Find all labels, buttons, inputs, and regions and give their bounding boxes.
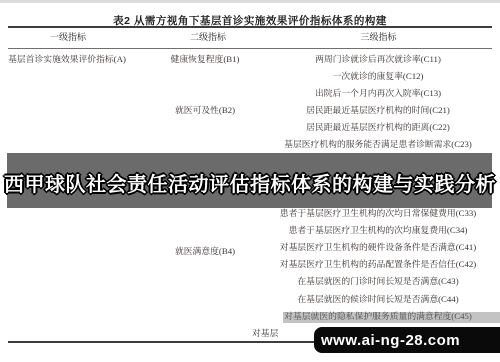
level3-row: 患者于基层医疗卫生机构的次均日常保健费用(C33) — [252, 208, 500, 218]
level3-row: 对基层医疗卫生机构的药品配置条件是否信任(C42) — [252, 259, 500, 269]
level3-row: 一次就诊的康复率(C12) — [252, 71, 500, 81]
overlay-headline: 西甲球队社会责任活动评估指标体系的构建与实践分析 — [0, 168, 500, 197]
level3-row: 在基层就医的候诊时间长短是否满意(C44) — [252, 294, 500, 304]
level3-row: 对基层医疗卫生机构的硬件设备条件是否满意(C41) — [252, 242, 500, 252]
level3-row: 居民距最近基层医疗机构的距离(C22) — [252, 122, 500, 132]
table-header-rule — [8, 48, 492, 49]
level2-row: 就医满意度(B4) — [150, 246, 260, 256]
level2-row: 就医可及性(B2) — [150, 105, 260, 115]
watermark-text: www.ai-ng-28.com — [314, 332, 460, 349]
level3-row: 在基层就医的门诊时间长短是否满意(C43) — [252, 276, 500, 286]
article-image: 表2 从需方视角下基层首诊实施效果评价指标体系的构建 一级指标 二级指标 三级指… — [0, 0, 500, 362]
level3-row: 患者于基层医疗卫生机构的次均康复费用(C34) — [252, 225, 500, 235]
watermark-badge: www.ai-ng-28.com — [314, 327, 500, 353]
column-header-level3: 三级指标 — [252, 32, 500, 43]
level2-row: 健康恢复程度(B1) — [150, 54, 260, 64]
level3-row: 基层医疗机构的服务能否满足患者诊断需求(C23) — [252, 139, 500, 149]
column-header-level2: 二级指标 — [150, 32, 266, 43]
top-edge-artifact — [0, 0, 500, 3]
watermark-smudge — [283, 312, 500, 323]
column-header-level1: 一级指标 — [8, 32, 128, 43]
level3-row: 两周门诊就诊后再次就诊率(C11) — [252, 54, 500, 64]
level3-row: 居民距最近基层医疗机构的时间(C21) — [252, 105, 500, 115]
table-top-rule — [8, 26, 492, 28]
level1-row: 基层首诊实施效果评价指标(A) — [8, 54, 126, 64]
level3-row: 出院后一个月内再次入院率(C13) — [252, 88, 500, 98]
